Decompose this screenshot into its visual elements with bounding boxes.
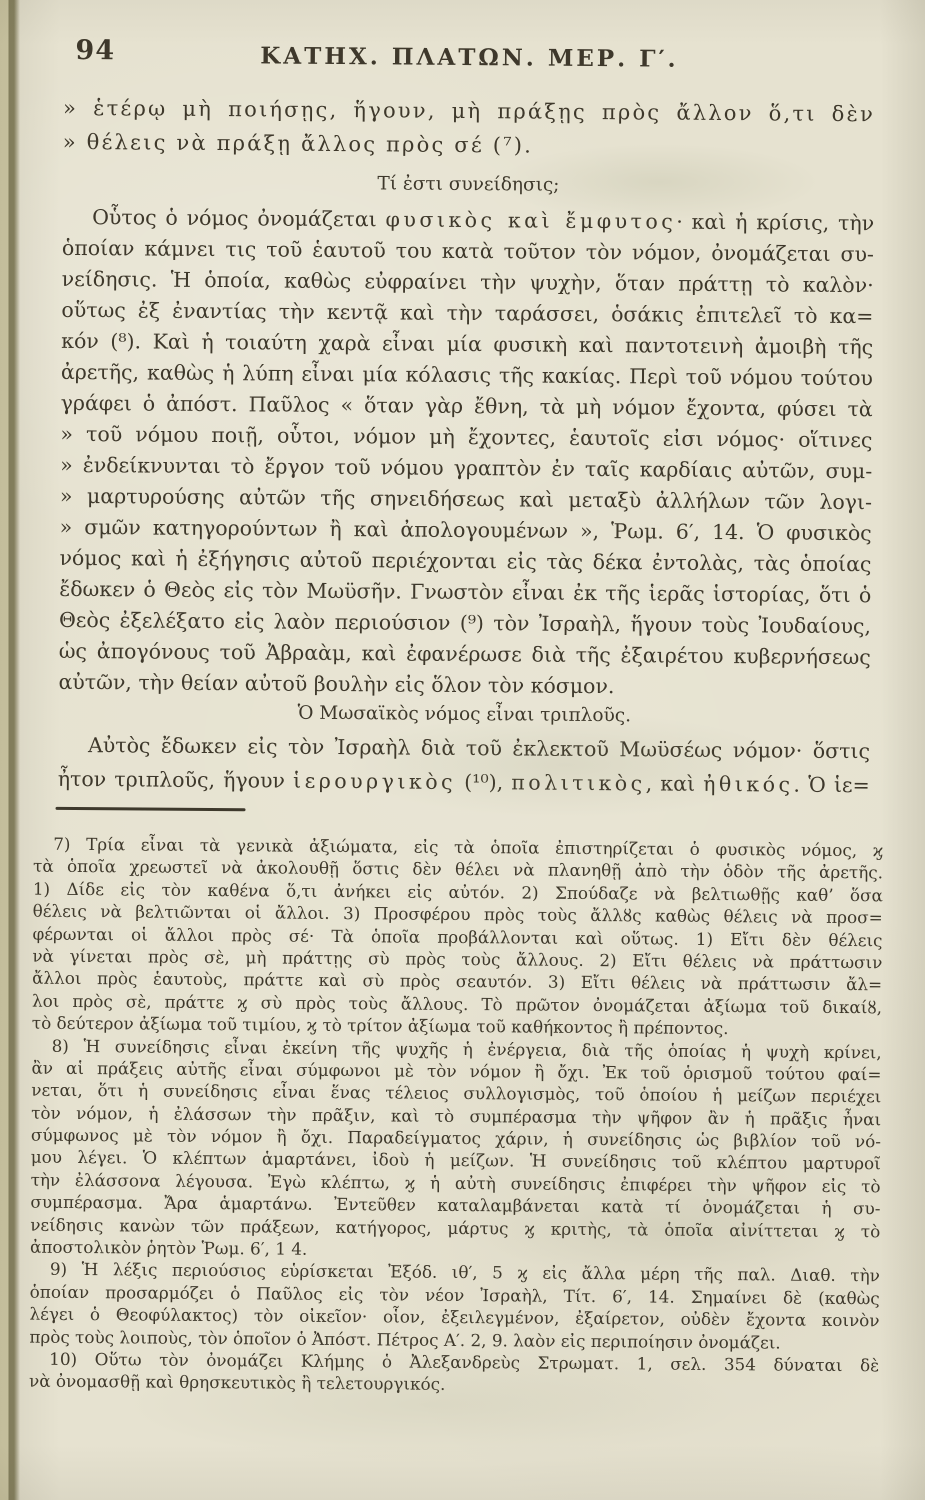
body-text: · καὶ ἡ κρίσις, τὴν: [676, 210, 874, 236]
body-text-emphasis: πολιτικὸς: [511, 770, 646, 795]
body-line: ἦτον τριπλοῦς, ἥγουν ἱερουργικὸς (¹⁰), π…: [58, 762, 870, 802]
scan-page: 94 ΚΑΤΗΧ. ΠΛΑΤΩΝ. ΜΕΡ. Γ′. » ἑτέρῳ μὴ πο…: [0, 0, 925, 1500]
body-text: , καὶ: [646, 771, 704, 795]
body-text: Οὗτος ὁ νόμος ὀνομάζεται: [92, 205, 386, 231]
quote-continuation: » ἑτέρῳ μὴ ποιήσῃς, ἥγουν, μὴ πράξῃς πρὸ…: [63, 91, 876, 165]
body-text: ἦτον τριπλοῦς, ἥγουν: [58, 767, 294, 793]
book-spine-edge: [0, 0, 20, 1500]
body-text: (¹⁰),: [456, 770, 511, 794]
body-text-emphasis: ἱερουργικὸς: [293, 769, 456, 794]
paragraph-mosaic-law: Αὐτὸς ἔδωκεν εἰς τὸν Ἰσραὴλ διὰ τοῦ ἐκλε…: [58, 728, 871, 802]
body-text-emphasis: φυσικὸς καὶ ἔμφυτος: [385, 207, 676, 233]
page-content: 94 ΚΑΤΗΧ. ΠΛΑΤΩΝ. ΜΕΡ. Γ′. » ἑτέρῳ μὴ πο…: [0, 0, 925, 1500]
footnotes: 7) Τρία εἶναι τὰ γενικὰ ἀξιώματα, εἰς τὰ…: [29, 833, 883, 1399]
quote-line: » θέλεις νὰ πράξῃ ἄλλος πρὸς σέ (⁷).: [63, 125, 875, 165]
running-title: ΚΑΤΗΧ. ΠΛΑΤΩΝ. ΜΕΡ. Γ′.: [63, 41, 875, 74]
section-heading-what-is-conscience: Τί ἐστι συνείδησις;: [62, 169, 874, 201]
paragraph-natural-law: Οὗτος ὁ νόμος ὀνομάζεται φυσικὸς καὶ ἔμφ…: [58, 202, 874, 704]
footnote-separator: [56, 807, 246, 811]
body-line: αὐτῶν, τὴν θείαν αὐτοῦ βουλὴν εἰς ὅλον τ…: [58, 667, 870, 704]
body-text-emphasis: ἠθικός: [703, 772, 793, 797]
section-heading-mosaic-law: Ὁ Μωσαϊκὸς νόμος εἶναι τριπλοῦς.: [58, 699, 870, 731]
body-text: . Ὁ ἱε=: [793, 773, 869, 798]
